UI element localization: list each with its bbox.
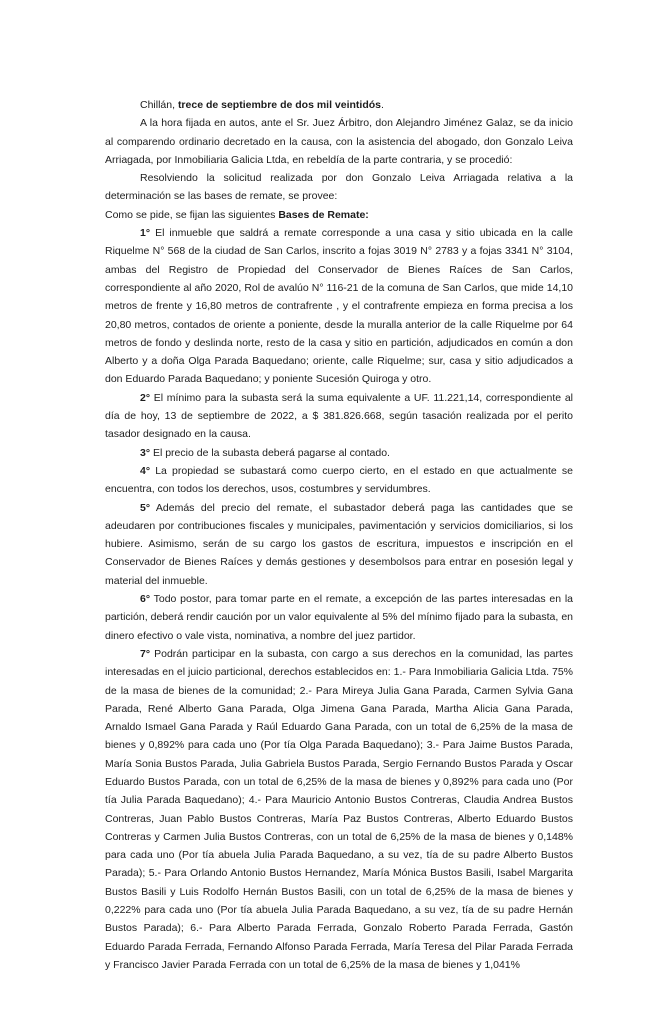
paragraph-base-7: 7° Podrán participar en la subasta, con … xyxy=(105,645,573,974)
text-run: Resolviendo la solicitud realizada por d… xyxy=(105,172,573,202)
bold-text-run: 2° xyxy=(140,392,150,404)
text-run: Todo postor, para tomar parte en el rema… xyxy=(105,593,573,642)
bold-text-run: Bases de Remate: xyxy=(278,209,368,221)
paragraph-base-2: 2° El mínimo para la subasta será la sum… xyxy=(105,389,573,444)
bold-text-run: 7° xyxy=(140,648,150,660)
bold-text-run: 4° xyxy=(140,465,150,477)
bold-text-run: 3° xyxy=(140,447,150,459)
text-run: . xyxy=(381,99,384,111)
document-page: Chillán, trece de septiembre de dos mil … xyxy=(0,0,670,1024)
paragraph-base-6: 6° Todo postor, para tomar parte en el r… xyxy=(105,590,573,645)
text-run: Además del precio del remate, el subasta… xyxy=(105,502,573,587)
text-run: El inmueble que saldrá a remate correspo… xyxy=(105,227,573,385)
paragraph-resolviendo: Resolviendo la solicitud realizada por d… xyxy=(105,169,573,206)
paragraph-bases-de-remate: Como se pide, se fijan las siguientes Ba… xyxy=(105,206,573,224)
bold-text-run: 1° xyxy=(140,227,150,239)
bold-text-run: 5° xyxy=(140,502,150,514)
bold-text-run: 6° xyxy=(140,593,150,605)
text-run: Podrán participar en la subasta, con car… xyxy=(105,648,573,971)
text-run: El mínimo para la subasta será la suma e… xyxy=(105,392,573,441)
paragraph-base-5: 5° Además del precio del remate, el suba… xyxy=(105,499,573,590)
paragraph-date-line: Chillán, trece de septiembre de dos mil … xyxy=(105,96,573,114)
paragraph-base-1: 1° El inmueble que saldrá a remate corre… xyxy=(105,224,573,389)
text-run: Como se pide, se fijan las siguientes xyxy=(105,209,278,221)
document-body: Chillán, trece de septiembre de dos mil … xyxy=(105,96,573,976)
text-run: La propiedad se subastará como cuerpo ci… xyxy=(105,465,573,495)
paragraph-apertura: A la hora fijada en autos, ante el Sr. J… xyxy=(105,114,573,169)
text-run: Chillán, xyxy=(140,99,178,111)
paragraph-base-4: 4° La propiedad se subastará como cuerpo… xyxy=(105,462,573,499)
text-run: El precio de la subasta deberá pagarse a… xyxy=(150,447,390,459)
text-run: A la hora fijada en autos, ante el Sr. J… xyxy=(105,117,573,166)
bold-text-run: trece de septiembre de dos mil veintidós xyxy=(178,99,381,111)
paragraph-base-3: 3° El precio de la subasta deberá pagars… xyxy=(105,444,573,462)
